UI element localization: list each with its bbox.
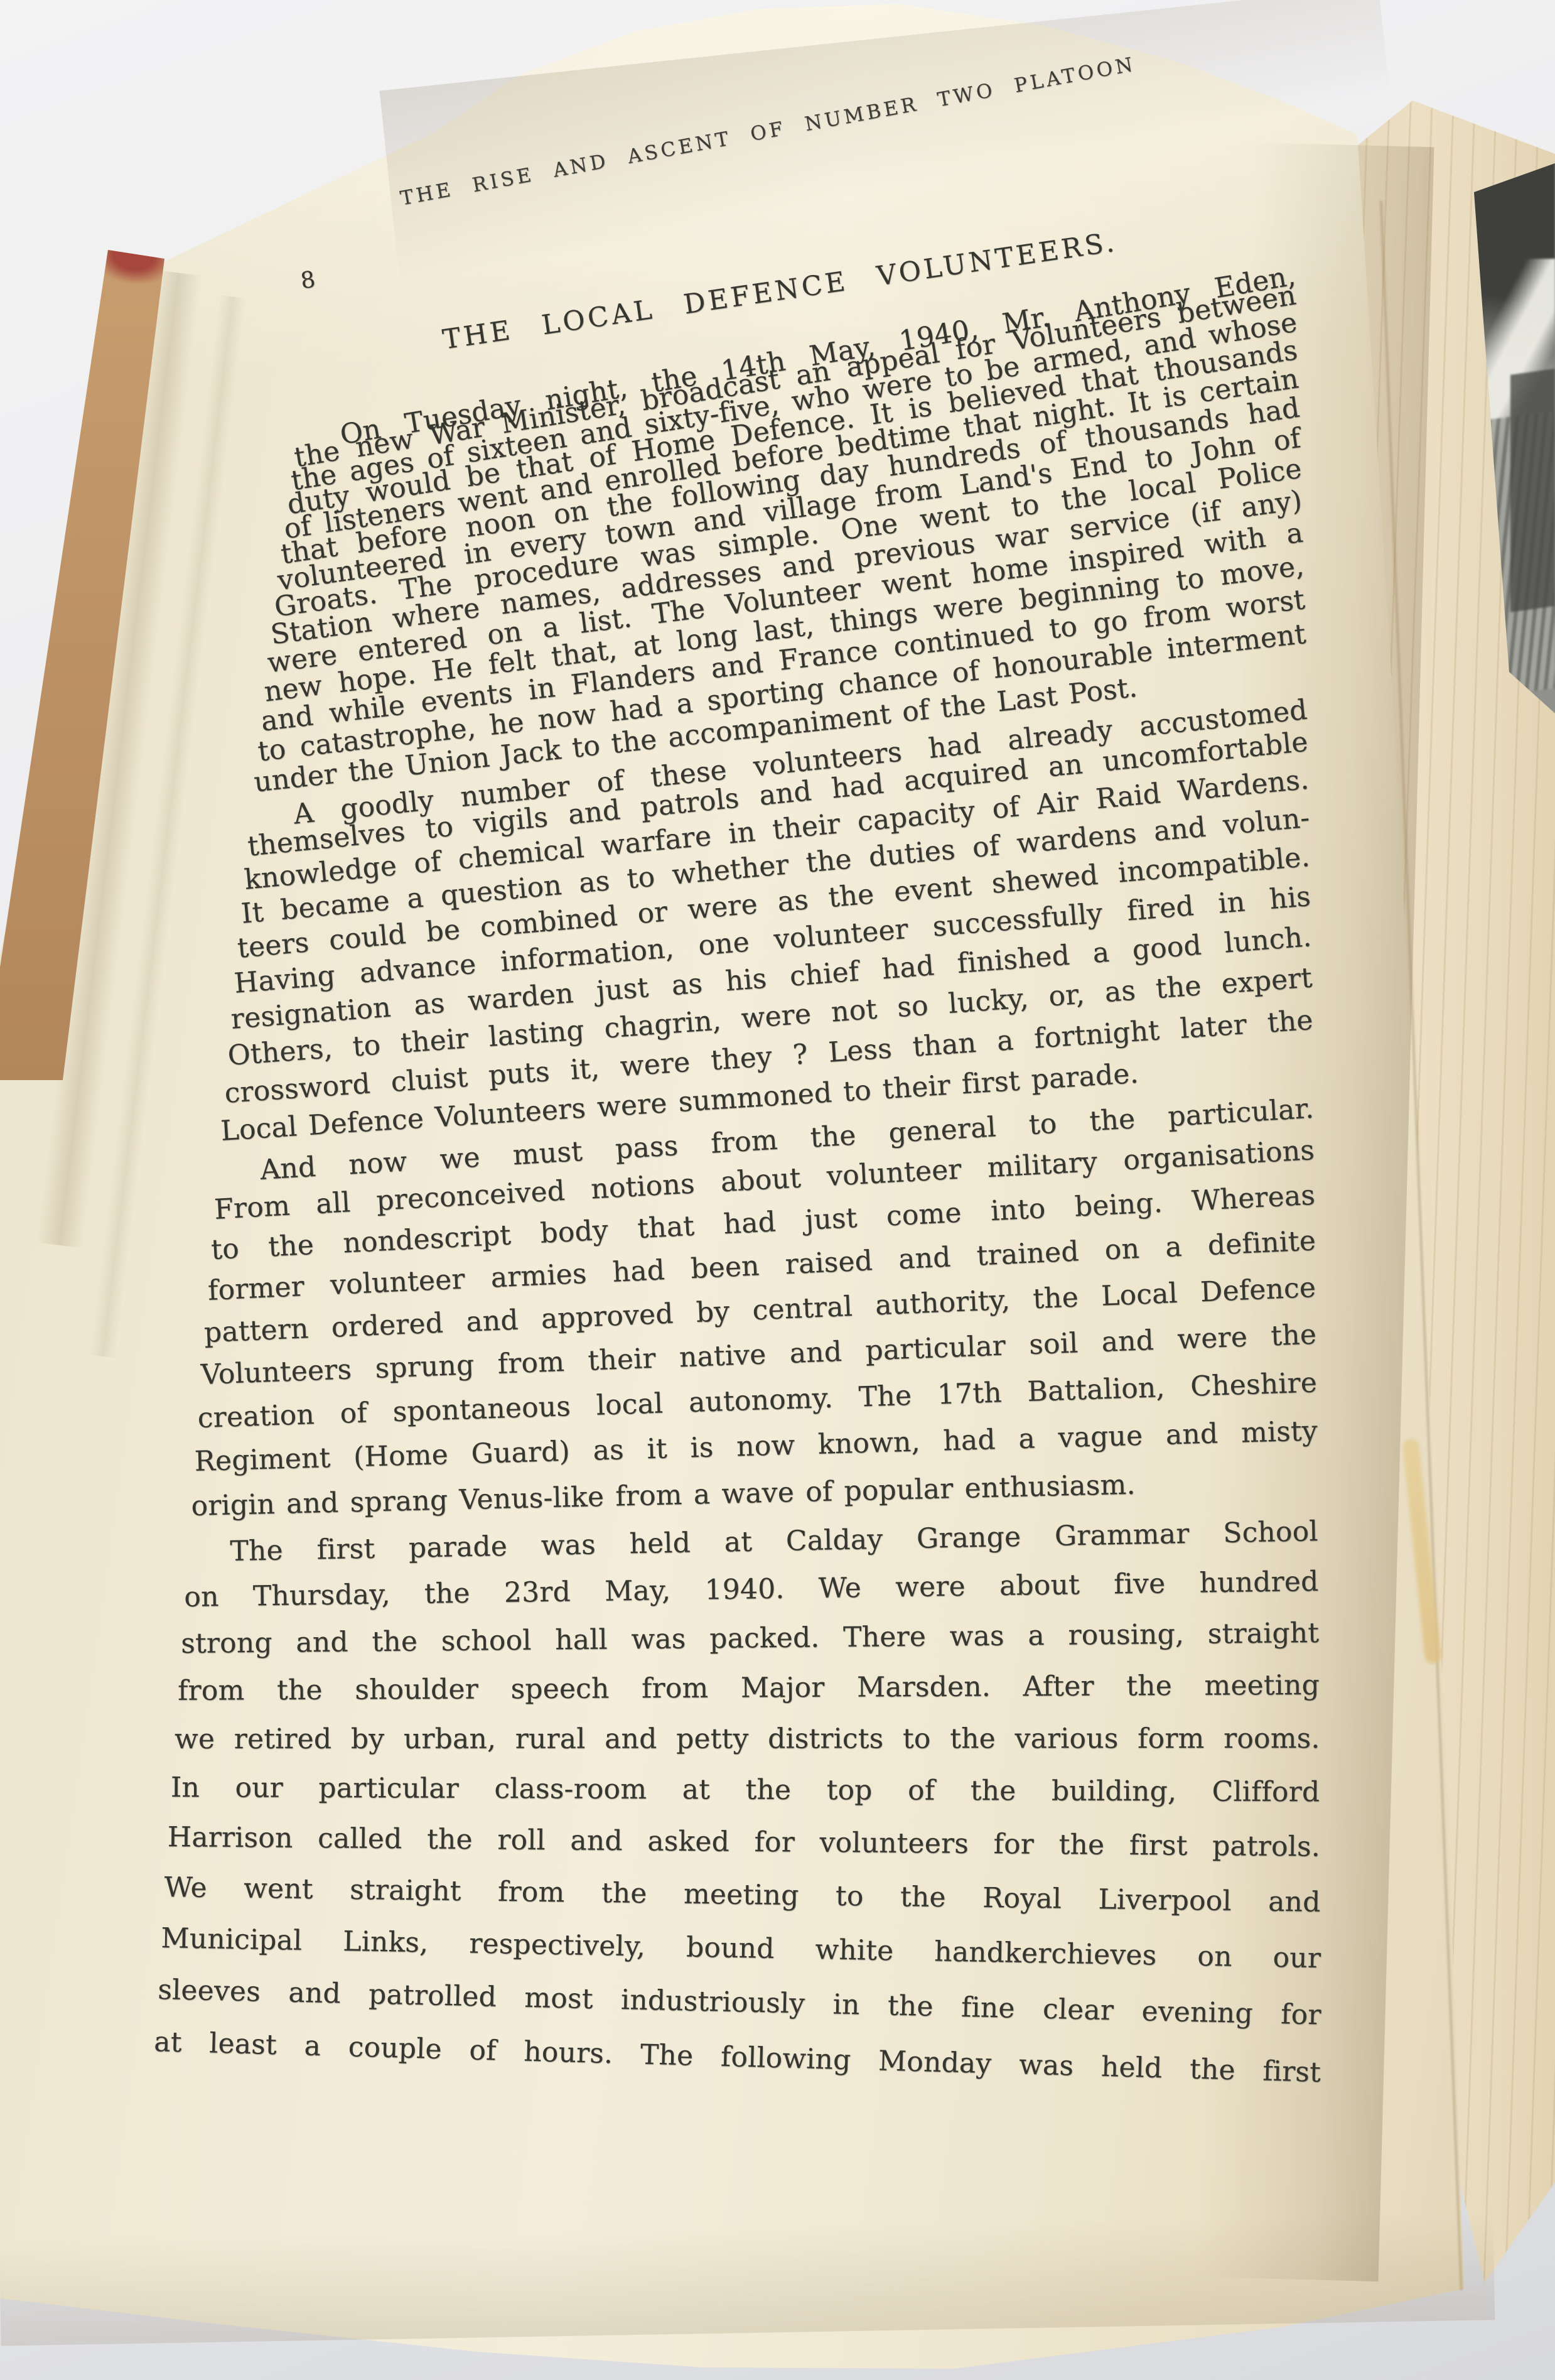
body-line: We went straight from the meeting to the…: [164, 1871, 1321, 1918]
body-line: we retired by urban, rural and petty dis…: [175, 1723, 1320, 1755]
body-line: strong and the school hall was packed. T…: [181, 1617, 1319, 1660]
body-line: The first parade was held at Calday Gran…: [230, 1515, 1318, 1567]
body-line: Municipal Links, respectively, bound whi…: [161, 1922, 1321, 1974]
book-photograph: THE RISE AND ASCENT OF NUMBER TWO PLATOO…: [0, 0, 1555, 2380]
running-head: THE RISE AND ASCENT OF NUMBER TWO PLATOO…: [399, 53, 1138, 210]
body-line: origin and sprang Venus-like from a wave…: [191, 1469, 1136, 1522]
body-line: on Thursday, the 23rd May, 1940. We were…: [184, 1566, 1319, 1613]
printed-text-layer: THE RISE AND ASCENT OF NUMBER TWO PLATOO…: [0, 0, 1555, 2380]
body-line: from the shoulder speech from Major Mars…: [178, 1669, 1320, 1707]
body-line: sleeves and patrolled most industriously…: [157, 1974, 1321, 2031]
body-line: Harrison called the roll and asked for v…: [168, 1821, 1321, 1863]
body-line: In our particular class-room at the top …: [171, 1771, 1320, 1808]
page-number: 8: [299, 266, 317, 295]
body-line: at least a couple of hours. The followin…: [154, 2026, 1321, 2089]
